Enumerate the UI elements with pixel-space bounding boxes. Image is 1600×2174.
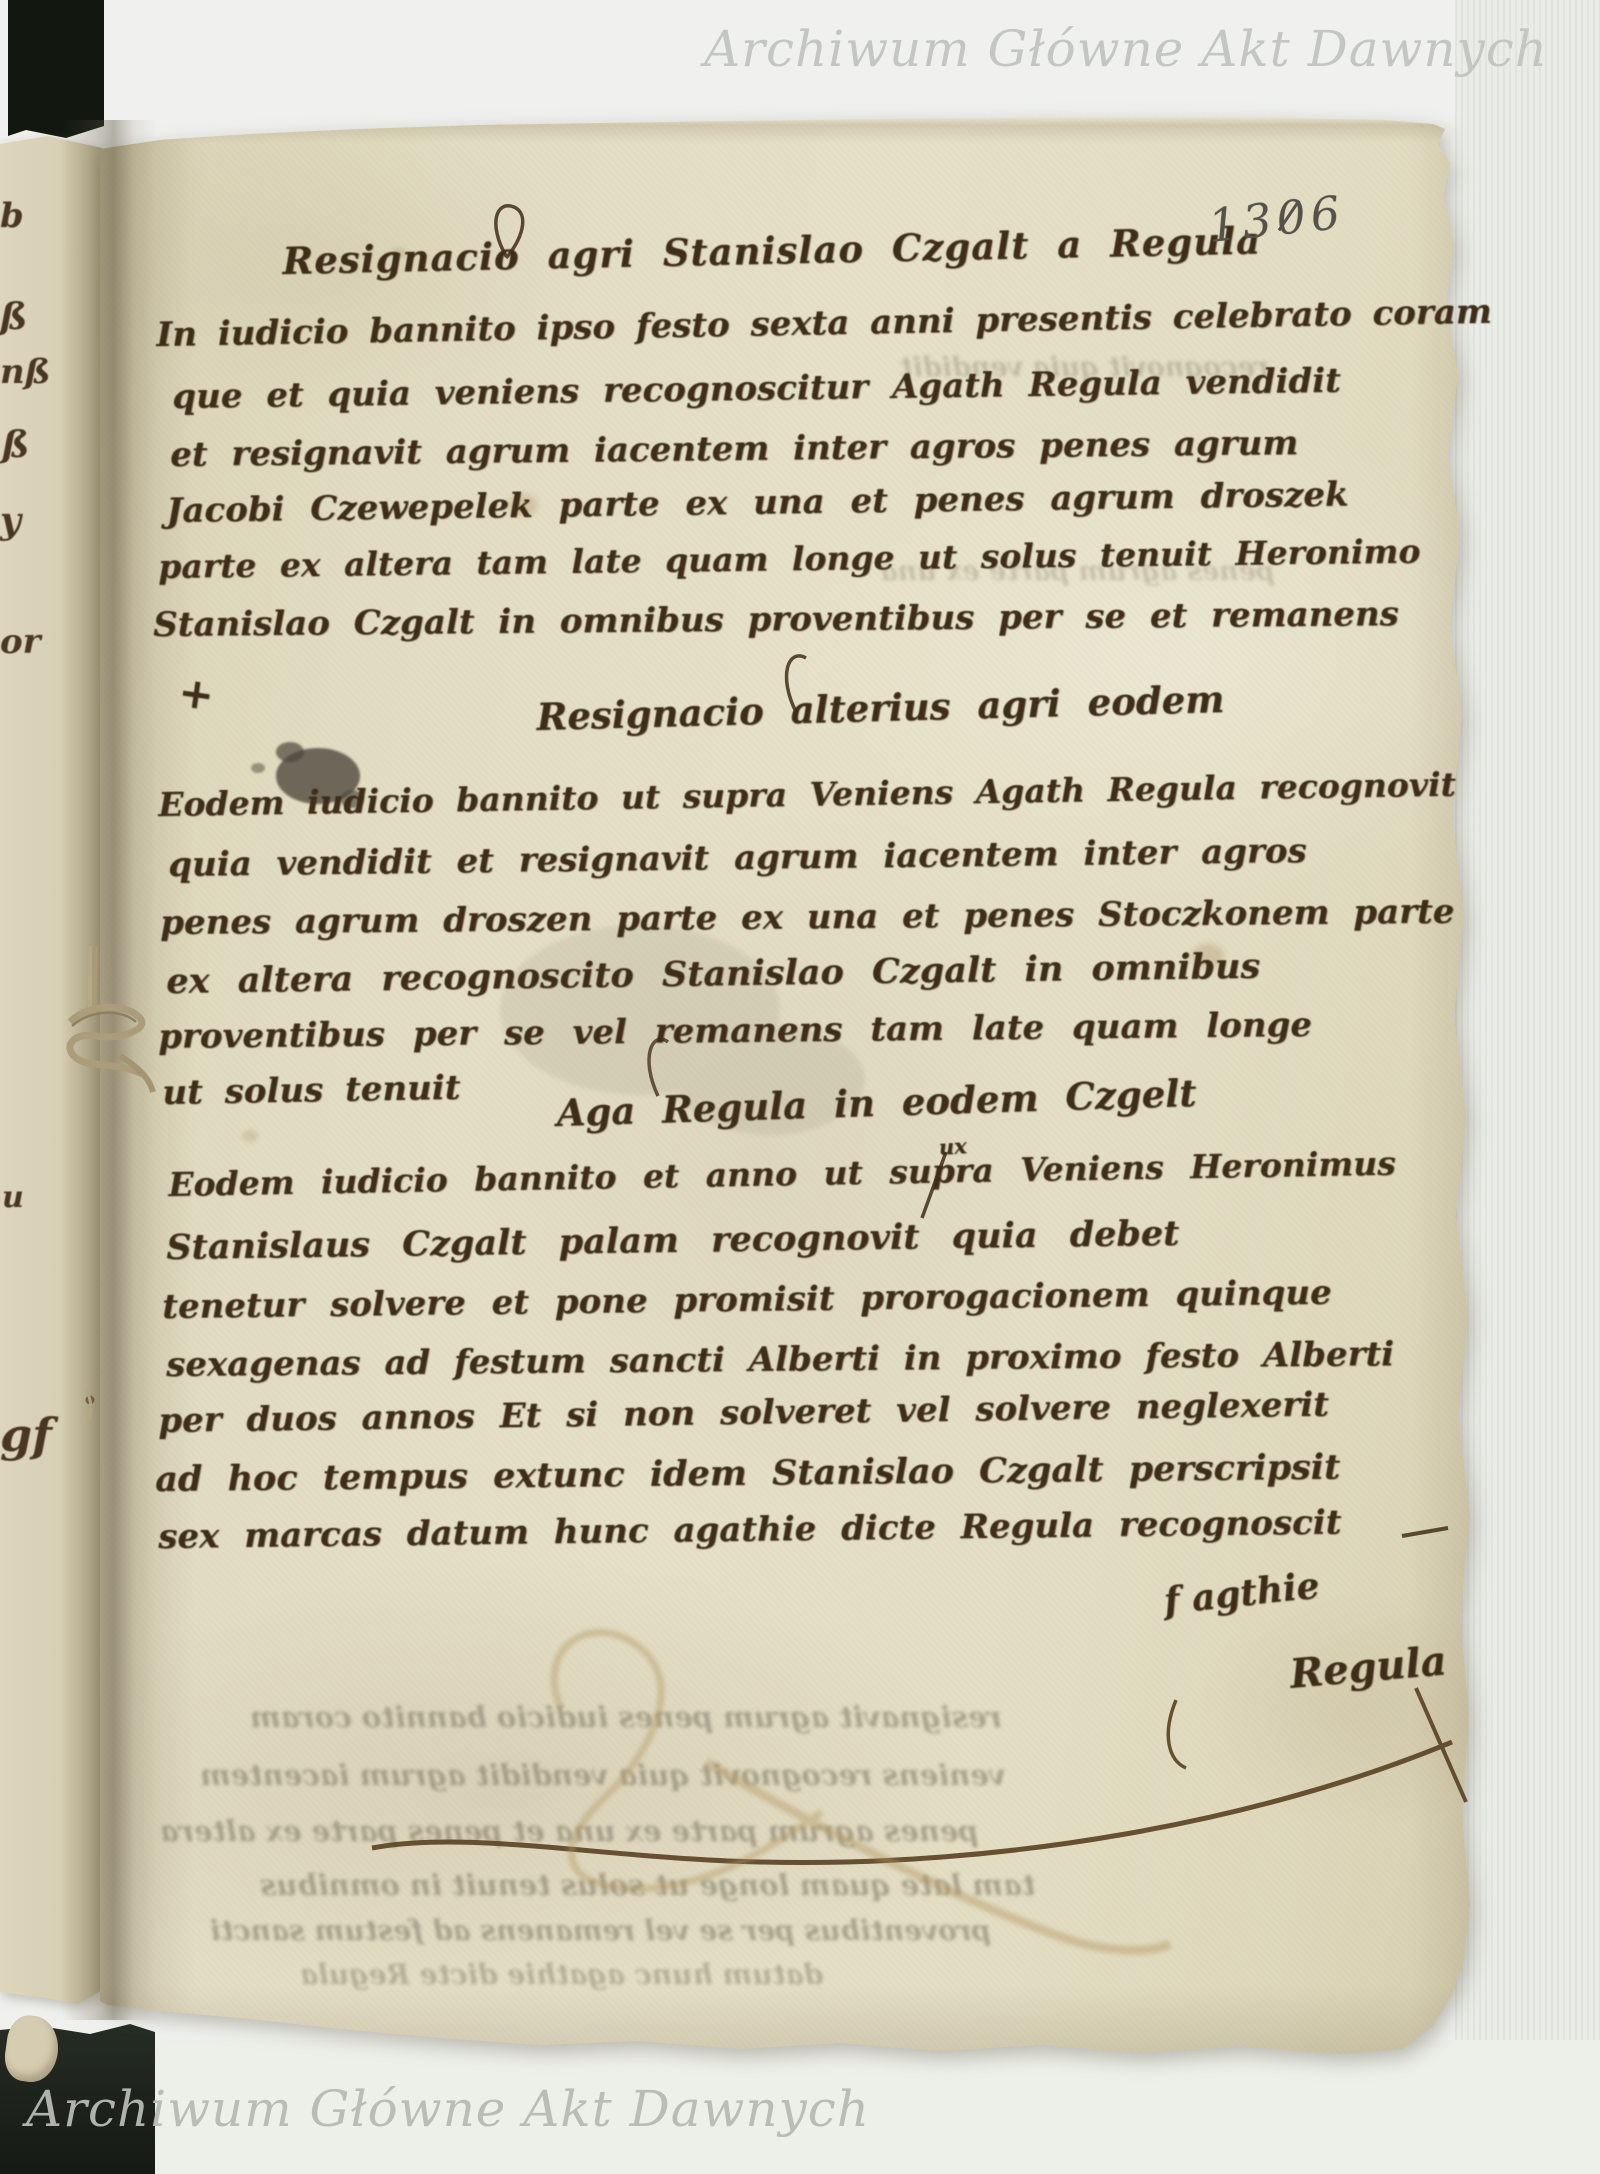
ghost-line: proventibus per se vel remanens ad festu… (210, 1914, 991, 1947)
facing-page-edge (0, 128, 102, 2032)
margin-fragment: b (0, 196, 24, 236)
facing-page-paper (0, 128, 102, 2032)
ghost-line: datum hunc agathie dicte Regula (300, 1958, 823, 1991)
margin-cross-mark: + (175, 668, 217, 721)
ghost-line: tam late quam longe ut solus tenuit in o… (260, 1868, 1035, 1902)
manuscript-scan: { "archive_watermark": "Archiwum Główne … (0, 0, 1600, 2174)
margin-fragment: ß (0, 296, 27, 338)
section2-line: ut solus tenuit (162, 1069, 461, 1113)
margin-fragment: ß (2, 424, 29, 466)
scanner-black-strip-top-left (8, 0, 104, 140)
ghost-line: penes agrum parte ex una et penes parte … (160, 1814, 979, 1848)
archive-watermark-top: Archiwum Główne Akt Dawnych (704, 20, 1548, 78)
margin-fragment: u (2, 1180, 24, 1215)
ghost-line: resignavit agrum penes iudicio bannito c… (250, 1700, 1002, 1734)
margin-fragment: gf (0, 1408, 52, 1462)
margin-fragment: nß (0, 352, 51, 392)
ghost-line: veniens recognovit quia vendidit agrum i… (200, 1758, 1006, 1792)
margin-fragment: or (0, 622, 41, 662)
margin-fragment: y (0, 500, 21, 542)
archive-watermark-bottom: Archiwum Główne Akt Dawnych (26, 2080, 870, 2138)
